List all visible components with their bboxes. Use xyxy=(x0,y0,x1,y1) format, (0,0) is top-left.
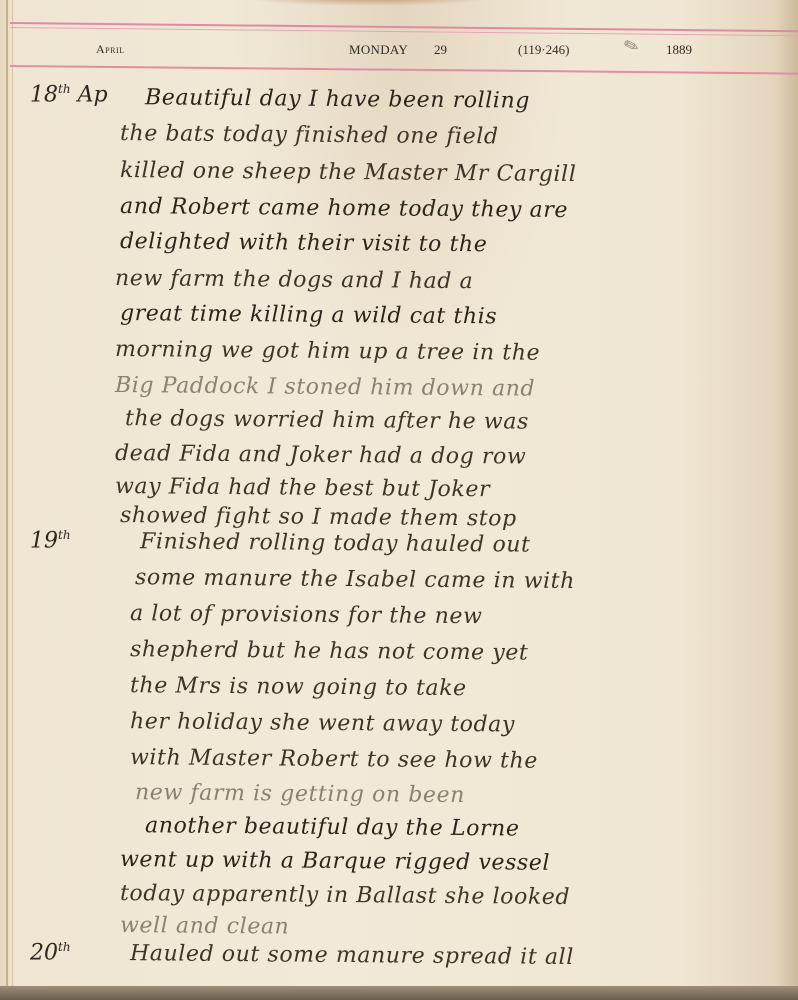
page-bottom-edge xyxy=(0,986,798,1000)
line-text: with Master Robert to see how the xyxy=(130,745,538,774)
entry-line: Hauled out some manure spread it all xyxy=(0,940,798,983)
line-text: way Fida had the best but Joker xyxy=(115,474,490,502)
line-text: Finished rolling today hauled out xyxy=(140,529,531,557)
line-text: well and clean xyxy=(120,913,290,939)
line-text: the bats today finished one field xyxy=(120,121,499,149)
diary-page: April MONDAY 29 (119·246) ✎ 1889 18th Ap… xyxy=(0,0,798,988)
line-text: today apparently in Ballast she looked xyxy=(120,881,570,910)
line-text: new farm the dogs and I had a xyxy=(115,266,474,294)
entry-line: delighted with their visit to the xyxy=(0,228,798,271)
entry-line: the bats today finished one field xyxy=(0,120,798,163)
line-text: new farm is getting on been xyxy=(135,780,465,808)
line-text: the dogs worried him after he was xyxy=(125,406,529,435)
handwritten-entries: 18th Ap Beautiful day I have been rollin… xyxy=(0,0,798,988)
line-text: great time killing a wild cat this xyxy=(120,301,497,329)
line-text: her holiday she went away today xyxy=(130,709,515,737)
line-text: Beautiful day I have been rolling xyxy=(145,85,530,113)
line-text: another beautiful day the Lorne xyxy=(145,813,520,841)
line-text: showed fight so I made them stop xyxy=(120,503,517,531)
line-text: Hauled out some manure spread it all xyxy=(130,941,574,970)
line-text: morning we got him up a tree in the xyxy=(115,337,540,366)
line-text: some manure the Isabel came in with xyxy=(135,565,575,594)
line-text: went up with a Barque rigged vessel xyxy=(120,847,550,876)
line-text: shepherd but he has not come yet xyxy=(130,637,529,665)
line-text: Big Paddock I stoned him down and xyxy=(115,373,535,402)
line-text: delighted with their visit to the xyxy=(120,229,488,257)
line-text: a lot of provisions for the new xyxy=(130,601,483,629)
line-text: and Robert came home today they are xyxy=(120,194,568,223)
line-text: dead Fida and Joker had a dog row xyxy=(115,441,527,470)
line-text: killed one sheep the Master Mr Cargill xyxy=(120,158,577,187)
line-text: the Mrs is now going to take xyxy=(130,673,467,701)
